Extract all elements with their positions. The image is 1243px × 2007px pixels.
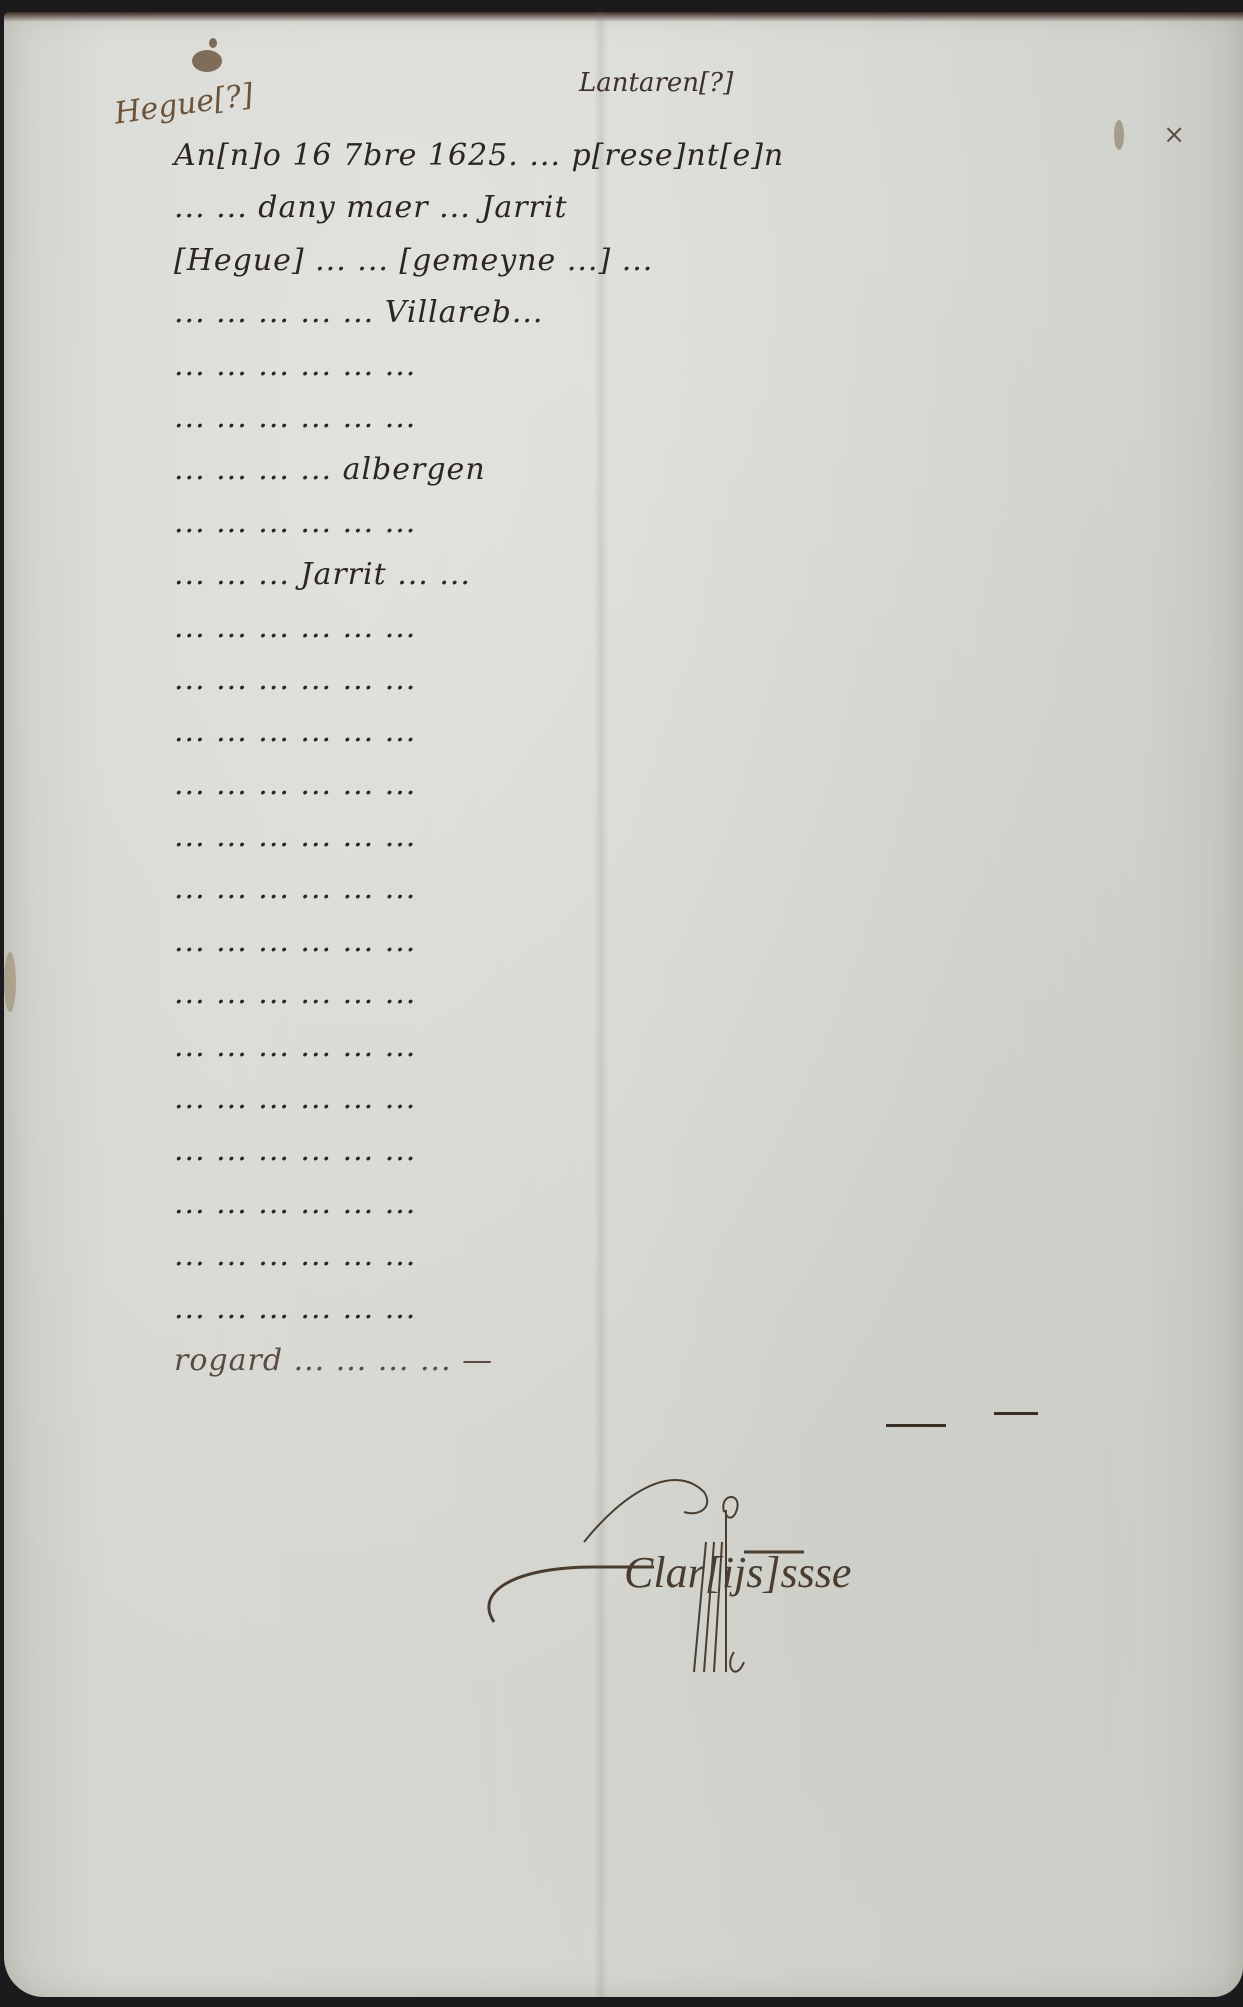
paper-stain	[4, 952, 16, 1012]
text-line: ... ... ... ... ... ...	[174, 1021, 1074, 1073]
text-line: ... ... ... ... ... ...	[174, 968, 1074, 1020]
text-line: ... ... ... ... ... ...	[174, 392, 1074, 444]
text-line: ... ... ... ... ... ...	[174, 1178, 1074, 1230]
text-line: ... ... ... ... ... Villareb...	[174, 287, 1074, 339]
text-line: ... ... ... ... ... ...	[174, 1125, 1074, 1177]
text-line: [Hegue] ... ... [gemeyne ...] ...	[174, 235, 1074, 287]
closing-dash	[994, 1412, 1038, 1415]
signature: Clar[ijs]ssse	[474, 1472, 924, 1692]
text-line: ... ... ... ... ... ...	[174, 916, 1074, 968]
text-line: ... ... ... Jarrit ... ...	[174, 549, 1074, 601]
text-line: ... ... ... ... ... ...	[174, 497, 1074, 549]
text-line: ... ... ... ... ... ...	[174, 340, 1074, 392]
manuscript-page: Hegue[?] Lantaren[?] × An[n]o 16 7bre 16…	[4, 12, 1243, 1997]
text-line: rogard ... ... ... ... —	[174, 1335, 1074, 1387]
corner-mark: ×	[1163, 120, 1185, 150]
ink-stain	[209, 38, 217, 48]
manuscript-body: An[n]o 16 7bre 1625. ... p[rese]nt[e]n .…	[174, 130, 1074, 1387]
text-line: ... ... ... ... ... ...	[174, 1230, 1074, 1282]
margin-note: Hegue[?]	[112, 77, 255, 131]
text-line: ... ... ... ... ... ...	[174, 863, 1074, 915]
text-line: ... ... ... ... ... ...	[174, 654, 1074, 706]
text-line: ... ... ... ... albergen	[174, 444, 1074, 496]
text-line: ... ... dany maer ... Jarrit	[174, 182, 1074, 234]
text-line: ... ... ... ... ... ...	[174, 811, 1074, 863]
ink-stain	[192, 50, 222, 72]
text-line: An[n]o 16 7bre 1625. ... p[rese]nt[e]n	[174, 130, 1074, 182]
text-line: ... ... ... ... ... ...	[174, 1283, 1074, 1335]
page-header: Lantaren[?]	[579, 68, 733, 98]
signature-name: Clar[ijs]ssse	[624, 1547, 851, 1598]
text-line: ... ... ... ... ... ...	[174, 706, 1074, 758]
text-line: ... ... ... ... ... ...	[174, 759, 1074, 811]
text-line: ... ... ... ... ... ...	[174, 602, 1074, 654]
paper-stain	[1114, 120, 1124, 150]
closing-dash	[886, 1424, 946, 1427]
text-line: ... ... ... ... ... ...	[174, 1073, 1074, 1125]
